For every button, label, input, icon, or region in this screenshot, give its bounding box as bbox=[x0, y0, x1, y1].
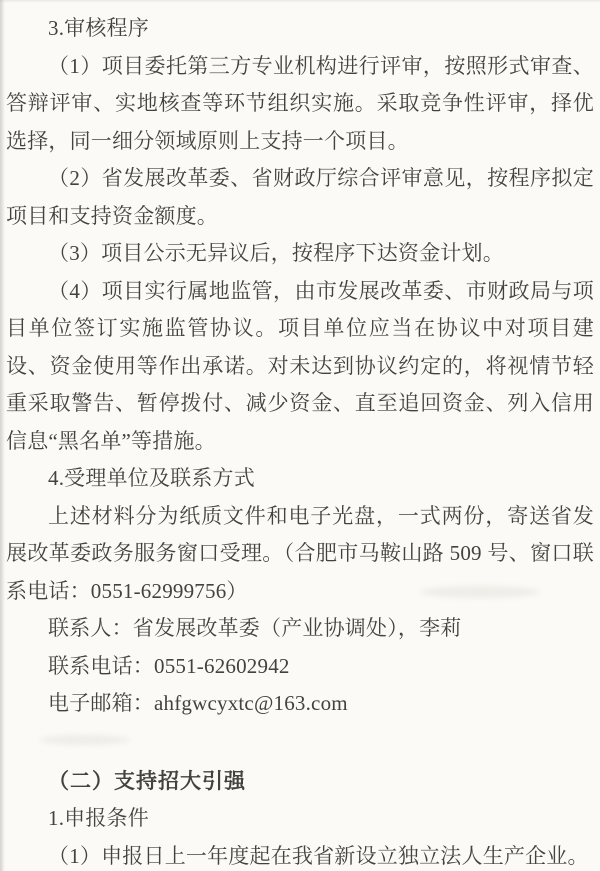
contact-phone-line: 联系电话：0551-62602942 bbox=[6, 648, 594, 686]
section3-item-3: （3）项目公示无异议后，按程序下达资金计划。 bbox=[6, 235, 594, 273]
part2-subheading: 1.申报条件 bbox=[6, 800, 594, 838]
scanned-document-page: 3.审核程序 （1）项目委托第三方专业机构进行评审，按照形式审查、答辩评审、实地… bbox=[0, 0, 600, 871]
section3-item-2: （2）省发展改革委、省财政厅综合评审意见，按程序拟定项目和支持资金额度。 bbox=[6, 160, 594, 235]
contact-email-line: 电子邮箱：ahfgwcyxtc@163.com bbox=[6, 685, 594, 723]
section3-item-4: （4）项目实行属地监管，由市发展改革委、市财政局与项目单位签订实施监管协议。项目… bbox=[6, 273, 594, 461]
section4-heading: 4.受理单位及联系方式 bbox=[6, 460, 594, 498]
scan-edge-artifact bbox=[0, 0, 5, 871]
section4-body: 上述材料分为纸质文件和电子光盘，一式两份，寄送省发展改革委政务服务窗口受理。（合… bbox=[6, 498, 594, 611]
part2-item-1: （1）申报日上一年度起在我省新设立独立法人生产企业。 bbox=[6, 838, 594, 871]
section3-heading: 3.审核程序 bbox=[6, 10, 594, 48]
section3-item-1: （1）项目委托第三方专业机构进行评审，按照形式审查、答辩评审、实地核查等环节组织… bbox=[6, 48, 594, 161]
part2-heading: （二）支持招大引强 bbox=[6, 763, 594, 801]
scan-edge-artifact bbox=[0, 0, 600, 3]
contact-person-line: 联系人：省发展改革委（产业协调处），李莉 bbox=[6, 610, 594, 648]
scan-smudge bbox=[40, 735, 130, 745]
